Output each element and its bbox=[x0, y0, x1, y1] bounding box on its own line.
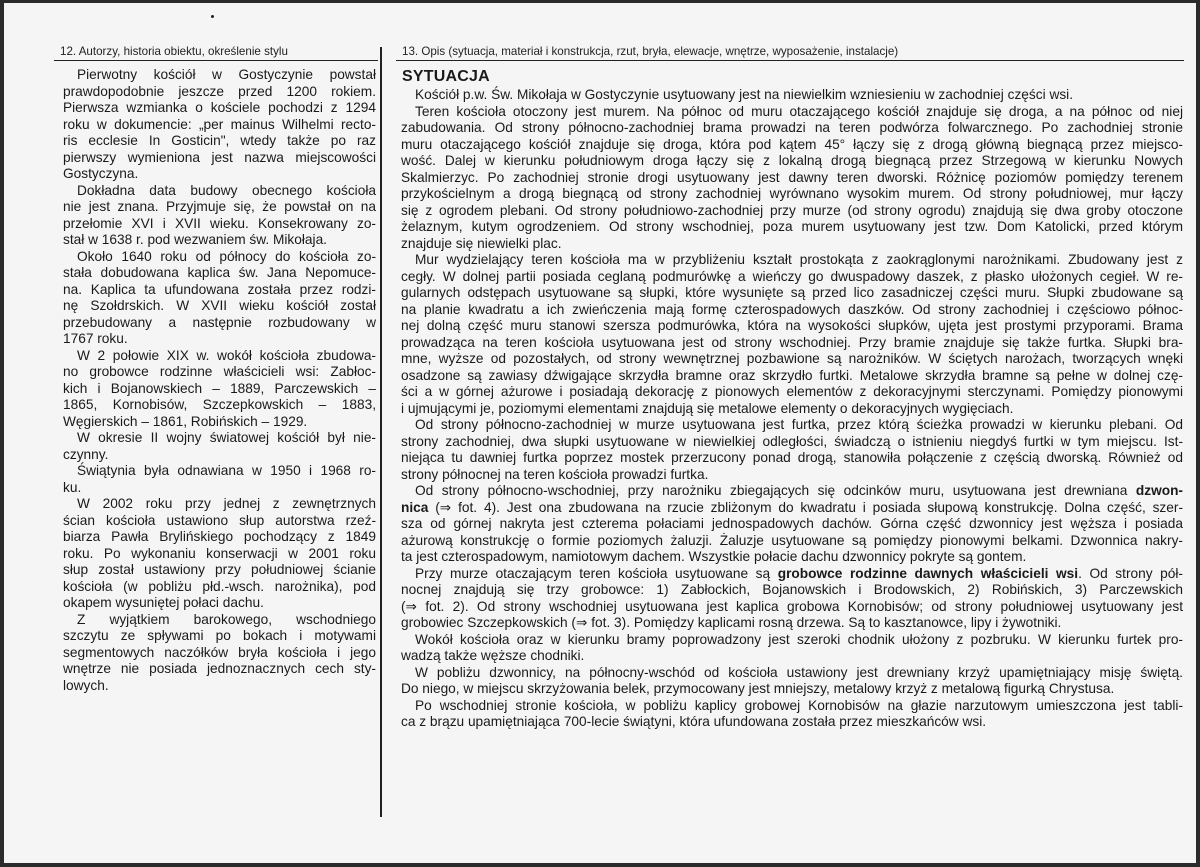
text-line: nę Szołdrskich. W XVII wieku kościół zos… bbox=[63, 298, 376, 315]
text-line: Do niego, w miejscu skrzyżowania belek, … bbox=[401, 681, 1183, 698]
text-line: szczytu ze spływami po bokach i motywami bbox=[63, 628, 376, 645]
text-line: wadzą także węższe chodniki. bbox=[401, 648, 1183, 665]
section-13-header: 13. Opis (sytuacja, materiał i konstrukc… bbox=[396, 45, 1184, 61]
text-line: na. Kaplica ta ufundowana została przez … bbox=[63, 282, 376, 299]
text-line: Z wyjątkiem barokowego, wschodniego bbox=[63, 612, 376, 629]
text-line: Kościół p.w. Św. Mikołaja w Gostyczynie … bbox=[401, 87, 1183, 104]
text-line: osadzone są zawiasy dźwigające skrzydła … bbox=[401, 368, 1183, 385]
text-line: Od strony północno-zachodniej w murze us… bbox=[401, 417, 1183, 434]
text-line: i ujmującymi je, poziomymi elementami zn… bbox=[401, 401, 1183, 418]
text-line: cegły. W dolnej partii posiada ceglaną p… bbox=[401, 269, 1183, 286]
text-line: Dokładna data budowy obecnego kościoła bbox=[63, 183, 376, 200]
text-line: czynny. bbox=[63, 447, 376, 464]
text-line: ca z brązu upamiętniająca 700-lecie świą… bbox=[401, 714, 1183, 731]
text-line: Przy murze otaczającym teren kościoła us… bbox=[401, 566, 1183, 583]
column-divider bbox=[380, 47, 382, 817]
text-line: segmentowych naczółków bryła kościoła i … bbox=[63, 645, 376, 662]
document-page: 12. Autorzy, historia obiektu, określeni… bbox=[4, 3, 1196, 863]
text-line: Gostyczyna. bbox=[63, 166, 376, 183]
text-line: Około 1640 roku od północy do kościoła z… bbox=[63, 249, 376, 266]
text-line: prawdopodobnie jeszcze przed 1200 rokiem… bbox=[63, 84, 376, 101]
text-line: Od strony północno-wschodniej, przy naro… bbox=[401, 483, 1183, 500]
text-line: stał w 1638 r. pod wezwaniem św. Mikołaj… bbox=[63, 232, 376, 249]
text-line: znajduje się niewielki plac. bbox=[401, 236, 1183, 253]
text-line: kościoła (w pobliżu płd.-wsch. narożnika… bbox=[63, 579, 376, 596]
text-line: kich i Bojanowskiech – 1889, Parczewskic… bbox=[63, 381, 376, 398]
section-title-sytuacja: SYTUACJA bbox=[402, 68, 490, 86]
text-line: mne, wyższe od pozostałych, od strony we… bbox=[401, 351, 1183, 368]
text-line: 1767 roku. bbox=[63, 331, 376, 348]
text-line: na planie kwadratu a ich zwieńczenia maj… bbox=[401, 302, 1183, 319]
text-line: żelaznym, kutym ogrodzeniem. Od strony w… bbox=[401, 219, 1183, 236]
text-line: strony północnej na teren kościoła prowa… bbox=[401, 467, 1183, 484]
text-line: niejąca tu dawniej furtka poprzez mostek… bbox=[401, 450, 1183, 467]
text-line: ścian kościoła ustawiono słup autorstwa … bbox=[63, 513, 376, 530]
text-line: roku w dokumencie: „per mainus Wilhelmi … bbox=[63, 117, 376, 134]
text-line: zabudowania. Od strony północno-zachodni… bbox=[401, 120, 1183, 137]
text-line: przykościelnym a drogą biegnącą od stron… bbox=[401, 186, 1183, 203]
text-line: muru otaczającego kościół znajduje się d… bbox=[401, 137, 1183, 154]
text-line: ażurową konstrukcję o formie poziomych ż… bbox=[401, 533, 1183, 550]
text-line: wość. Dalej w kierunku południowym droga… bbox=[401, 153, 1183, 170]
text-line: Węgierskich – 1861, Robińskich – 1929. bbox=[63, 414, 376, 431]
scan-speck bbox=[211, 15, 214, 18]
history-text-column: Pierwotny kościół w Gostyczynie powstałp… bbox=[63, 67, 376, 694]
text-line: przełomie XVI i XVII wieku. Konsekrowany… bbox=[63, 216, 376, 233]
text-line: lowych. bbox=[63, 678, 376, 695]
text-line: ści a w górnej ażurowe i posiadają dekor… bbox=[401, 384, 1183, 401]
text-line: nej dolną część muru stanowi szersza pod… bbox=[401, 318, 1183, 335]
text-line: przebudowany a następnie rozbudowany w bbox=[63, 315, 376, 332]
text-line: prowadząca na teren kościoła usytuowana … bbox=[401, 335, 1183, 352]
text-line: roku. Po wykonaniu konserwacji w 2001 ro… bbox=[63, 546, 376, 563]
text-line: pierwszy wymieniona jest nazwa miejscowo… bbox=[63, 150, 376, 167]
text-line: okapem wysuniętej połaci dachu. bbox=[63, 595, 376, 612]
text-line: Świątynia była odnawiana w 1950 i 1968 r… bbox=[63, 463, 376, 480]
text-line: sza od górnej nakryta jest czterema poła… bbox=[401, 516, 1183, 533]
section-12-header: 12. Autorzy, historia obiektu, określeni… bbox=[54, 45, 378, 61]
text-line: Pierwsza wzmianka o kościele pochodzi z … bbox=[63, 100, 376, 117]
text-line: grobowiec Szczepkowskich (⇒ fot. 3). Pom… bbox=[401, 615, 1183, 632]
text-line: W okresie II wojny światowej kościół był… bbox=[63, 430, 376, 447]
text-line: Po wschodniej stronie kościoła, w pobliż… bbox=[401, 698, 1183, 715]
text-line: ta jest czterospadowym, namiotowym dache… bbox=[401, 549, 1183, 566]
text-line: gularnych odstępach usytuowane są słupki… bbox=[401, 285, 1183, 302]
text-line: biarza Pawła Brylińskiego pochodzący z 1… bbox=[63, 529, 376, 546]
text-line: Skalmierzyc. Po zachodniej stronie drogi… bbox=[401, 170, 1183, 187]
text-line: W pobliżu dzwonnicy, na północny-wschód … bbox=[401, 665, 1183, 682]
text-line: 1865, Kornobisów, Szczepkowskich – 1883, bbox=[63, 397, 376, 414]
text-line: nocnej znajdują się trzy grobowce: 1) Za… bbox=[401, 582, 1183, 599]
text-line: stała dobudowana kaplica św. Jana Nepomu… bbox=[63, 265, 376, 282]
text-line: nie jest znana. Przyjmuje się, że powsta… bbox=[63, 199, 376, 216]
text-line: ris ecclesie In Gosticin", wtedy także p… bbox=[63, 133, 376, 150]
text-line: Pierwotny kościół w Gostyczynie powstał bbox=[63, 67, 376, 84]
description-text-column: Kościół p.w. Św. Mikołaja w Gostyczynie … bbox=[401, 87, 1183, 731]
text-line: słup został ustawiony przy południowej ś… bbox=[63, 562, 376, 579]
text-line: strony zachodniej, dwa słupki usytuowane… bbox=[401, 434, 1183, 451]
text-line: (⇒ fot. 2). Od strony wschodniej usytuow… bbox=[401, 599, 1183, 616]
text-line: W 2002 roku przy jednej z zewnętrznych bbox=[63, 496, 376, 513]
text-line: ku. bbox=[63, 480, 376, 497]
text-line: nica (⇒ fot. 4). Jest ona zbudowana na r… bbox=[401, 500, 1183, 517]
text-line: W 2 połowie XIX w. wokół kościoła zbudow… bbox=[63, 348, 376, 365]
text-line: się z ogrodem plebani. Od strony południ… bbox=[401, 203, 1183, 220]
text-line: Teren kościoła otoczony jest murem. Na p… bbox=[401, 104, 1183, 121]
text-line: Mur wydzielający teren kościoła ma w prz… bbox=[401, 252, 1183, 269]
text-line: Wokół kościoła oraz w kierunku bramy pop… bbox=[401, 632, 1183, 649]
text-line: wnętrze nie posiada jednoznacznych cech … bbox=[63, 661, 376, 678]
text-line: no grobowce rodzinne właścicieli wsi: Za… bbox=[63, 364, 376, 381]
